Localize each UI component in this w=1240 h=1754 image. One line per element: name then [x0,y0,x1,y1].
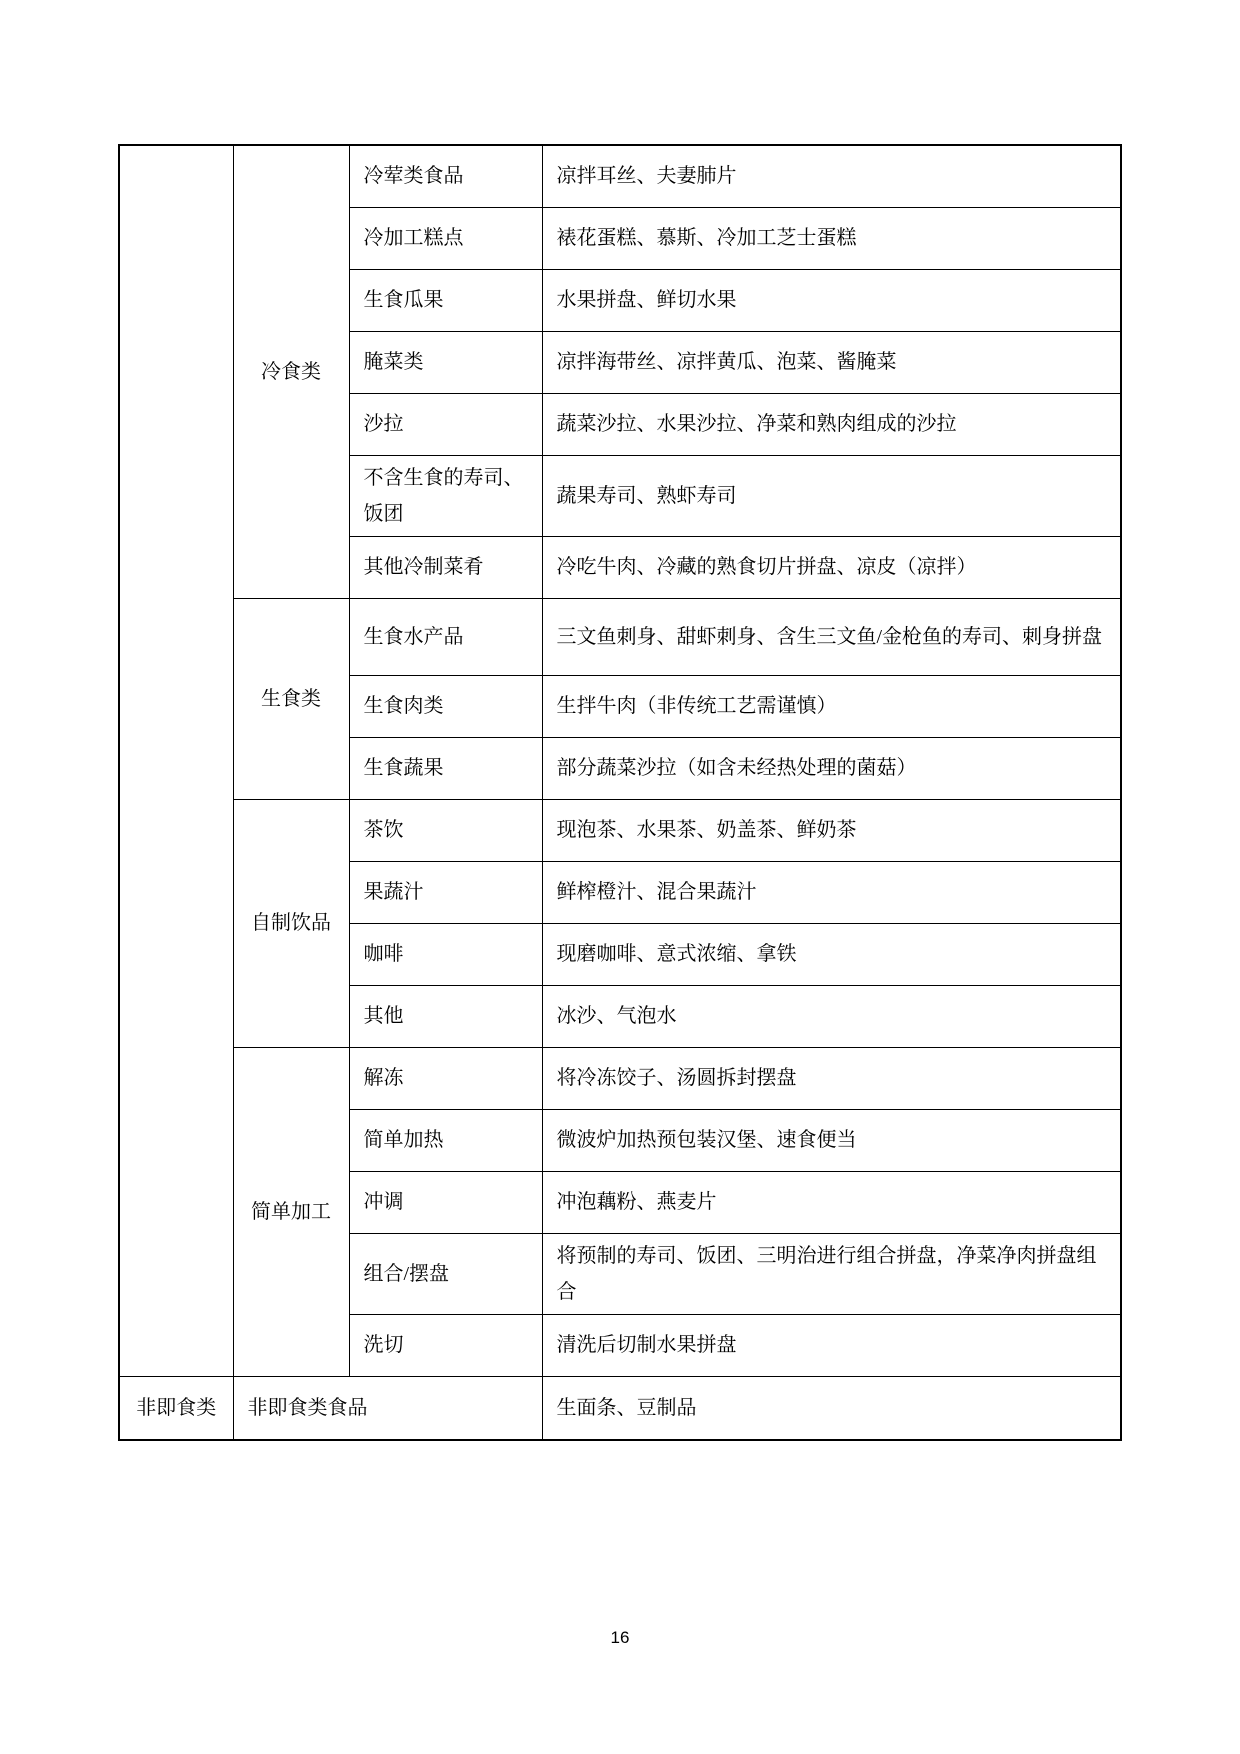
item-cell: 生食水产品 [349,598,542,675]
examples-cell: 凉拌海带丝、凉拌黄瓜、泡菜、酱腌菜 [542,331,1121,393]
food-category-table: 冷食类 冷荤类食品 凉拌耳丝、夫妻肺片 冷加工糕点 裱花蛋糕、慕斯、冷加工芝士蛋… [118,144,1122,1441]
examples-cell: 现磨咖啡、意式浓缩、拿铁 [542,923,1121,985]
examples-cell: 现泡茶、水果茶、奶盖茶、鲜奶茶 [542,799,1121,861]
examples-cell: 蔬果寿司、熟虾寿司 [542,455,1121,536]
table-row: 非即食类 非即食类食品 生面条、豆制品 [119,1376,1121,1440]
item-cell: 沙拉 [349,393,542,455]
examples-cell: 冷吃牛肉、冷藏的熟食切片拼盘、凉皮（凉拌） [542,536,1121,598]
item-cell: 茶饮 [349,799,542,861]
item-cell: 咖啡 [349,923,542,985]
item-cell: 简单加热 [349,1109,542,1171]
examples-cell: 蔬菜沙拉、水果沙拉、净菜和熟肉组成的沙拉 [542,393,1121,455]
examples-cell: 鲜榨橙汁、混合果蔬汁 [542,861,1121,923]
table-row: 冷食类 冷荤类食品 凉拌耳丝、夫妻肺片 [119,145,1121,207]
examples-cell: 清洗后切制水果拼盘 [542,1314,1121,1376]
page-number: 16 [0,1628,1240,1648]
table-row: 简单加工 解冻 将冷冻饺子、汤圆拆封摆盘 [119,1047,1121,1109]
item-cell: 其他 [349,985,542,1047]
item-cell: 冷加工糕点 [349,207,542,269]
examples-cell: 生拌牛肉（非传统工艺需谨慎） [542,675,1121,737]
item-cell: 生食蔬果 [349,737,542,799]
group-cell: 冷食类 [233,145,349,598]
item-cell: 洗切 [349,1314,542,1376]
examples-cell: 三文鱼刺身、甜虾刺身、含生三文鱼/金枪鱼的寿司、刺身拼盘 [542,598,1121,675]
item-cell: 果蔬汁 [349,861,542,923]
item-cell: 生食瓜果 [349,269,542,331]
examples-cell: 水果拼盘、鲜切水果 [542,269,1121,331]
item-cell: 组合/摆盘 [349,1233,542,1314]
group-cell: 简单加工 [233,1047,349,1376]
examples-cell: 将预制的寿司、饭团、三明治进行组合拼盘，净菜净肉拼盘组合 [542,1233,1121,1314]
examples-cell: 生面条、豆制品 [542,1376,1121,1440]
examples-cell: 微波炉加热预包装汉堡、速食便当 [542,1109,1121,1171]
item-cell: 非即食类食品 [233,1376,542,1440]
item-cell: 生食肉类 [349,675,542,737]
item-cell: 解冻 [349,1047,542,1109]
item-cell: 冲调 [349,1171,542,1233]
table-row: 自制饮品 茶饮 现泡茶、水果茶、奶盖茶、鲜奶茶 [119,799,1121,861]
group-cell: 生食类 [233,598,349,799]
category-cell: 非即食类 [119,1376,233,1440]
examples-cell: 裱花蛋糕、慕斯、冷加工芝士蛋糕 [542,207,1121,269]
examples-cell: 冲泡藕粉、燕麦片 [542,1171,1121,1233]
item-cell: 腌菜类 [349,331,542,393]
examples-cell: 冰沙、气泡水 [542,985,1121,1047]
examples-cell: 部分蔬菜沙拉（如含未经热处理的菌菇） [542,737,1121,799]
item-cell: 不含生食的寿司、饭团 [349,455,542,536]
item-cell: 其他冷制菜肴 [349,536,542,598]
item-cell: 冷荤类食品 [349,145,542,207]
group-cell: 自制饮品 [233,799,349,1047]
document-page: 冷食类 冷荤类食品 凉拌耳丝、夫妻肺片 冷加工糕点 裱花蛋糕、慕斯、冷加工芝士蛋… [0,0,1240,1754]
table-row: 生食类 生食水产品 三文鱼刺身、甜虾刺身、含生三文鱼/金枪鱼的寿司、刺身拼盘 [119,598,1121,675]
examples-cell: 将冷冻饺子、汤圆拆封摆盘 [542,1047,1121,1109]
examples-cell: 凉拌耳丝、夫妻肺片 [542,145,1121,207]
category-cell-empty [119,145,233,1376]
